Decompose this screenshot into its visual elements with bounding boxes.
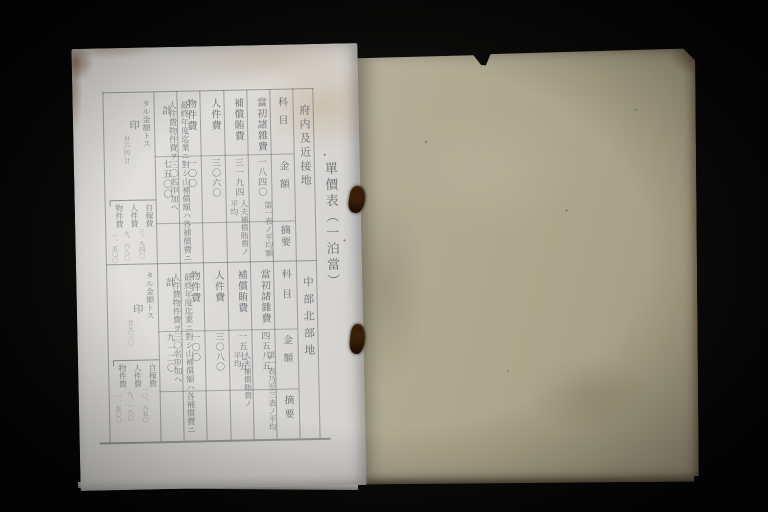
row-item: 當初諸雜費 (252, 97, 268, 155)
row-item: 當初諸雜費 (256, 269, 272, 327)
seal-note: 廿五.三〇 (119, 320, 134, 350)
bracket-label: 自稼費 (147, 363, 158, 393)
margin-note: 最終年度迄業ニ對シ山補償額ハ各補償費ニ人件費物件費ヲ三〇名申加ヘ (161, 273, 197, 442)
bracket-amount: 九、六八〇 (122, 231, 130, 263)
document-table: 府内及近接地 科目 金額 摘要 當初諸雜費 一八四〇 第一表ノ平均額 補償賄費 … (102, 88, 320, 442)
header-cell-amount: 金額 (278, 334, 294, 384)
row-amount: 三〇八〇 (212, 332, 226, 384)
grid-line (102, 92, 110, 442)
row-remark: 人夫補償賄費ノ平均 (227, 199, 250, 261)
bracket-group: 自稼費 三、九四〇 人件費 九、六八〇 物件費 一、五〇〇 (110, 199, 157, 263)
page-title: 單價表（一泊當） (320, 161, 343, 361)
seal-mark: 印 (129, 304, 144, 318)
bracket-label: 自稼費 (144, 203, 155, 233)
paper-speck (635, 109, 637, 111)
paper-speck (118, 368, 120, 370)
row-item: 人件費 (210, 270, 226, 312)
photo-background: 單價表（一泊當） 府内及近接地 科目 金額 摘要 當初諸雜 (0, 0, 768, 512)
paper-speck (425, 141, 427, 143)
bracket-amount: 一、五〇〇 (114, 393, 122, 425)
document-page: 單價表（一泊當） 府内及近接地 科目 金額 摘要 當初諸雜 (71, 43, 366, 491)
row-item: 人件費 (206, 98, 222, 140)
bracket-amount: 一、五〇〇 (110, 233, 118, 263)
row-item: 補償賄費 (229, 97, 245, 149)
section-region-label: 府内及近接地 (296, 104, 315, 250)
grid-line-bottom (100, 438, 331, 445)
header-cell-remark: 摘要 (280, 394, 296, 434)
grid-line-top (102, 88, 313, 93)
seal-mark: 印 (125, 120, 140, 134)
row-remark: 第一表乃至三表ノ平均 (254, 351, 278, 435)
header-cell-item: 科目 (277, 268, 293, 324)
margin-note-tail: タル金額トス (144, 271, 156, 343)
paper-speck (566, 210, 568, 212)
section-region-label: 中部北部地 (299, 276, 318, 428)
seal-note: 卅六.四.廿 (115, 136, 130, 166)
header-cell-item: 科目 (273, 97, 289, 149)
bracket-label: 人件費 (132, 364, 143, 394)
row-amount: 三〇六〇 (209, 158, 223, 210)
paper-speck (507, 370, 509, 372)
right-blank-page (354, 49, 699, 483)
header-cell-remark: 摘要 (276, 224, 292, 258)
header-cell-amount: 金額 (275, 160, 291, 212)
margin-note: 最終年度迄業ニ對シ山補償額ハ各補償費ニ人件費物件費ヲ三〇名申加ヘ (158, 101, 194, 270)
grid-line (199, 90, 207, 440)
bracket-label: 人件費 (129, 204, 140, 234)
row-remark: 第一表ノ平均額 (251, 201, 274, 259)
bracket-amount: 九、一八〇 (126, 391, 134, 425)
margin-note-tail: タル金額トス (140, 99, 152, 171)
row-item: 補償賄費 (233, 269, 249, 321)
bracket-label: 物件費 (114, 204, 125, 234)
row-remark: 人夫補償賄費ノ平均 (230, 351, 253, 413)
paper-speck (324, 154, 326, 156)
paper-speck (343, 239, 345, 241)
